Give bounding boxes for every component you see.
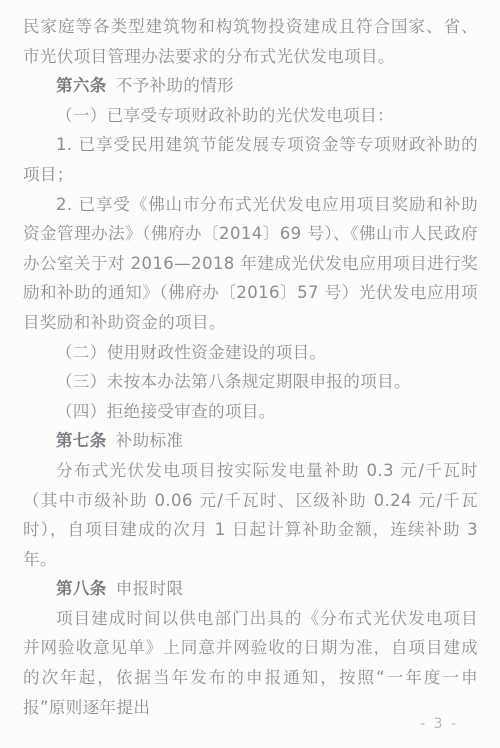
heading-title: 申报时限	[116, 579, 184, 598]
paragraph: （二）使用财政性资金建设的项目。	[23, 338, 478, 368]
heading-title: 补助标准	[116, 431, 184, 450]
paragraph: 分布式光伏发电项目按实际发电量补助 0.3 元/千瓦时（其中市级补助 0.06 …	[23, 456, 478, 574]
heading-label: 第七条	[56, 431, 107, 450]
heading-title: 不予补助的情形	[116, 76, 234, 95]
document-page: 民家庭等各类型建筑物和构筑物投资建成且符合国家、省、市光伏项目管理办法要求的分布…	[0, 0, 500, 748]
paragraph: （三）未按本办法第八条规定期限申报的项目。	[23, 367, 478, 397]
section-heading: 第八条申报时限	[23, 574, 478, 604]
paragraph: 1. 已享受民用建筑节能发展专项资金等专项财政补助的项目；	[23, 130, 478, 189]
page-number: - 3 -	[420, 716, 458, 732]
section-heading: 第七条补助标准	[23, 426, 478, 456]
paragraph: 民家庭等各类型建筑物和构筑物投资建成且符合国家、省、市光伏项目管理办法要求的分布…	[23, 12, 478, 71]
paragraph: 2. 已享受《佛山市分布式光伏发电应用项目奖励和补助资金管理办法》（佛府办〔20…	[23, 190, 478, 338]
heading-label: 第八条	[56, 579, 107, 598]
heading-label: 第六条	[56, 76, 107, 95]
paragraph: 项目建成时间以供电部门出具的《分布式光伏发电项目并网验收意见单》上同意并网验收的…	[23, 604, 478, 722]
document-body: 民家庭等各类型建筑物和构筑物投资建成且符合国家、省、市光伏项目管理办法要求的分布…	[23, 12, 478, 722]
paragraph: （四）拒绝接受审查的项目。	[23, 397, 478, 427]
paragraph: （一）已享受专项财政补助的光伏发电项目：	[23, 101, 478, 131]
section-heading: 第六条不予补助的情形	[23, 71, 478, 101]
